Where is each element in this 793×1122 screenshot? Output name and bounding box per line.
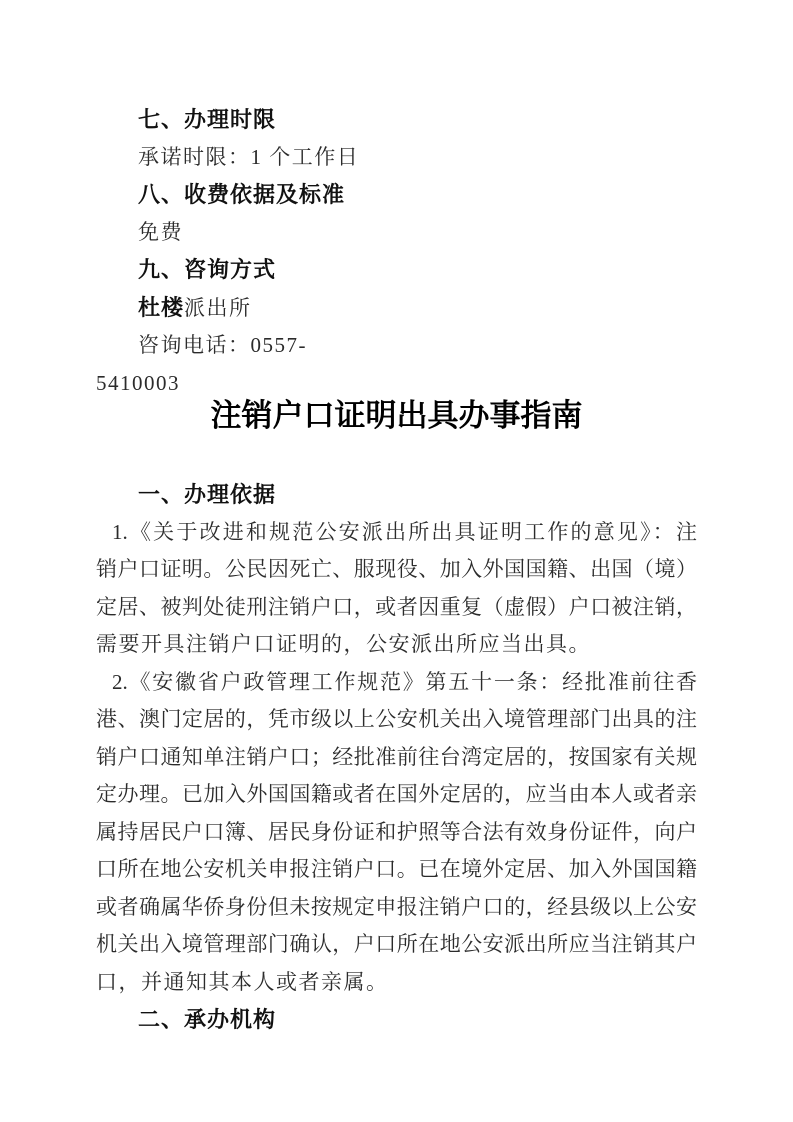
paragraph-line: 机关出入境管理部门确认，户口所在地公安派出所应当注销其户 [96, 926, 697, 964]
police-station-line: 杜楼派出所 [96, 289, 697, 328]
promise-time-line: 承诺时限：1 个工作日 [96, 139, 697, 177]
phone-line-1: 咨询电话：0557- [96, 327, 697, 365]
paragraph-line: 定办理。已加入外国国籍或者在国外定居的，应当由本人或者亲 [96, 776, 697, 814]
paragraph-line: 销户口证明。公民因死亡、服现役、加入外国国籍、出国（境） [96, 551, 697, 589]
paragraph-line: 需要开具注销户口证明的，公安派出所应当出具。 [96, 626, 697, 664]
document-content: 七、办理时限 承诺时限：1 个工作日 八、收费依据及标准 免费 九、咨询方式 杜… [96, 101, 697, 1039]
police-station-name-bold: 杜楼 [138, 295, 184, 320]
paragraph-line: 属持居民户口簿、居民身份证和护照等合法有效身份证件，向户 [96, 814, 697, 852]
title-gap [96, 438, 697, 476]
paragraph-line: 销户口通知单注销户口；经批准前往台湾定居的，按国家有关规 [96, 739, 697, 777]
section-heading-fee-basis: 八、收费依据及标准 [96, 176, 697, 214]
paragraph-basis-1: 1.《关于改进和规范公安派出所出具证明工作的意见》：注 销户口证明。公民因死亡、… [96, 514, 697, 664]
paragraph-line: 2.《安徽省户政管理工作规范》第五十一条：经批准前往香 [96, 664, 697, 702]
paragraph-line: 1.《关于改进和规范公安派出所出具证明工作的意见》：注 [96, 514, 697, 552]
fee-line: 免费 [96, 214, 697, 252]
section-heading-processing-time-limit: 七、办理时限 [96, 101, 697, 139]
section-heading-undertaking-agency: 二、承办机构 [96, 1001, 697, 1039]
paragraph-line: 口，并通知其本人或者亲属。 [96, 964, 697, 1002]
document-title: 注销户口证明出具办事指南 [96, 394, 697, 438]
section-heading-consultation: 九、咨询方式 [96, 251, 697, 289]
paragraph-line: 港、澳门定居的，凭市级以上公安机关出入境管理部门出具的注 [96, 701, 697, 739]
section-heading-basis: 一、办理依据 [96, 476, 697, 514]
paragraph-line: 口所在地公安机关申报注销户口。已在境外定居、加入外国国籍 [96, 851, 697, 889]
paragraph-line: 或者确属华侨身份但未按规定申报注销户口的，经县级以上公安 [96, 889, 697, 927]
document-page: 七、办理时限 承诺时限：1 个工作日 八、收费依据及标准 免费 九、咨询方式 杜… [0, 0, 793, 1122]
paragraph-line: 定居、被判处徒刑注销户口，或者因重复（虚假）户口被注销， [96, 589, 697, 627]
paragraph-basis-2: 2.《安徽省户政管理工作规范》第五十一条：经批准前往香 港、澳门定居的，凭市级以… [96, 664, 697, 1002]
police-station-suffix: 派出所 [184, 296, 252, 320]
